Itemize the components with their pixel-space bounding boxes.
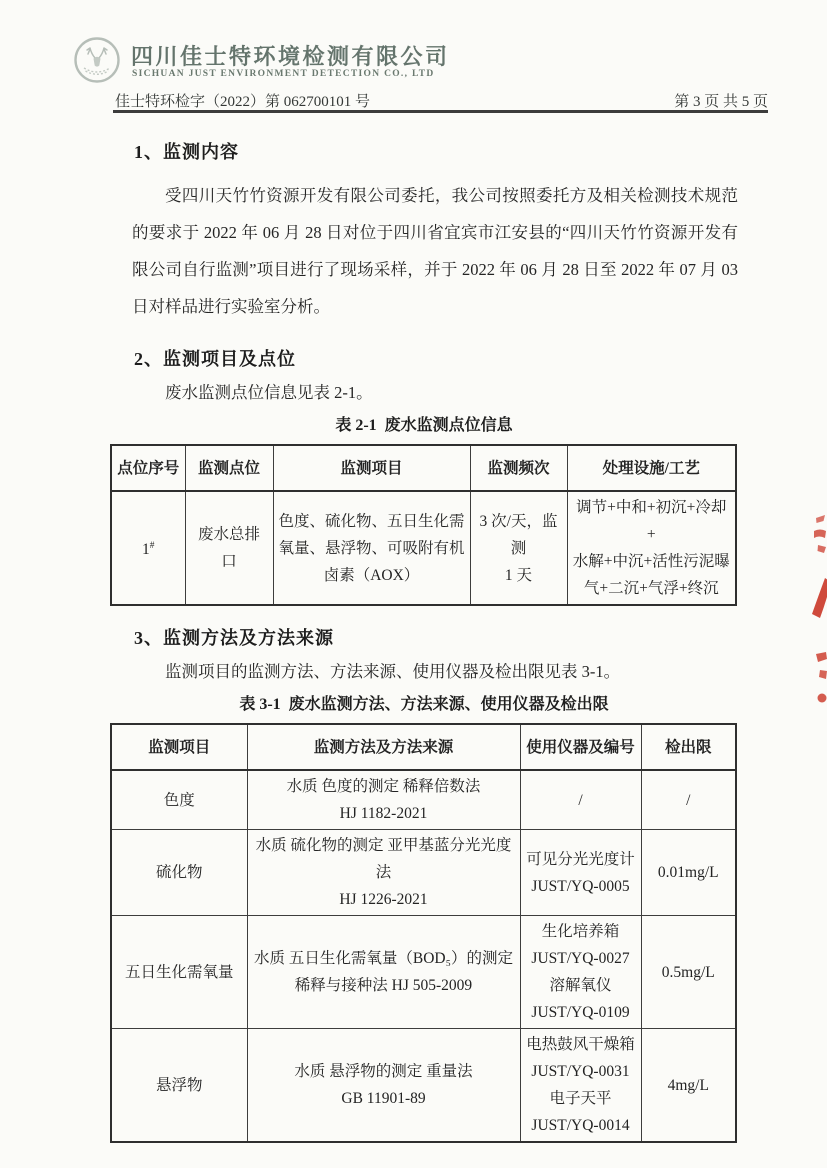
column-header: 检出限 [641,724,736,770]
table-cell: 电热鼓风干燥箱JUST/YQ-0031电子天平JUST/YQ-0014 [520,1029,641,1143]
table-cell: 水质 硫化物的测定 亚甲基蓝分光光度法HJ 1226-2021 [247,830,520,916]
table-3-1-caption: 表 3-1 废水监测方法、方法来源、使用仪器及检出限 [110,691,738,714]
table-cell: / [641,770,736,830]
table-cell: 调节+中和+初沉+冷却+水解+中沉+活性污泥曝气+二沉+气浮+终沉 [567,491,736,605]
table-cell: 4mg/L [641,1029,736,1143]
column-header: 监测频次 [470,445,567,491]
red-seal-fragment-icon [808,512,827,710]
table-row: 硫化物水质 硫化物的测定 亚甲基蓝分光光度法HJ 1226-2021可见分光光度… [111,830,736,916]
section-3-paragraph: 监测项目的监测方法、方法来源、使用仪器及检出限见表 3-1。 [132,658,738,686]
section-2-paragraph: 废水监测点位信息见表 2-1。 [132,379,738,407]
column-header: 监测项目 [111,724,247,770]
section-1-paragraph: 受四川天竹竹资源开发有限公司委托，我公司按照委托方及相关检测技术规范的要求于 2… [132,177,738,325]
document-meta-row: 佳士特环检字（2022）第 062700101 号 第 3 页 共 5 页 [115,90,768,111]
table-2-1-caption: 表 2-1 废水监测点位信息 [110,412,738,435]
table-cell: 1# [111,491,185,605]
table-cell: 五日生化需氧量 [111,916,247,1029]
report-page: 四川佳士特环境检测有限公司 SICHUAN JUST ENVIRONMENT D… [0,0,827,1168]
table-cell: / [520,770,641,830]
table-cell: 废水总排口 [185,491,273,605]
table-cell: 水质 色度的测定 稀释倍数法HJ 1182-2021 [247,770,520,830]
table-cell: 0.01mg/L [641,830,736,916]
table-row: 1#废水总排口色度、硫化物、五日生化需氧量、悬浮物、可吸附有机卤素（AOX）3 … [111,491,736,605]
table-cell: 可见分光光度计JUST/YQ-0005 [520,830,641,916]
column-header: 处理设施/工艺 [567,445,736,491]
methods-instruments-table: 监测项目监测方法及方法来源使用仪器及编号检出限色度水质 色度的测定 稀释倍数法H… [110,723,737,1143]
table-cell: 水质 悬浮物的测定 重量法GB 11901-89 [247,1029,520,1143]
table-cell: 0.5mg/L [641,916,736,1029]
column-header: 监测方法及方法来源 [247,724,520,770]
company-name-cn: 四川佳士特环境检测有限公司 [131,40,450,71]
report-body: 1、监测内容 受四川天竹竹资源开发有限公司委托，我公司按照委托方及相关检测技术规… [110,112,738,1143]
column-header: 点位序号 [111,445,185,491]
table-cell: 悬浮物 [111,1029,247,1143]
company-name-en: SICHUAN JUST ENVIRONMENT DETECTION CO., … [132,69,435,79]
table-cell: 色度 [111,770,247,830]
section-1-heading: 1、监测内容 [134,138,738,164]
table-cell: 3 次/天，监测1 天 [470,491,567,605]
company-logo-deer-emblem-icon [73,36,121,84]
table-header-row: 监测项目监测方法及方法来源使用仪器及编号检出限 [111,724,736,770]
table-cell: 生化培养箱JUST/YQ-0027溶解氧仪JUST/YQ-0109 [520,916,641,1029]
table-header-row: 点位序号监测点位监测项目监测频次处理设施/工艺 [111,445,736,491]
table-row: 悬浮物水质 悬浮物的测定 重量法GB 11901-89电热鼓风干燥箱JUST/Y… [111,1029,736,1143]
document-number: 佳士特环检字（2022）第 062700101 号 [115,90,370,111]
section-2-heading: 2、监测项目及点位 [134,345,738,371]
table-row: 五日生化需氧量水质 五日生化需氧量（BOD₅）的测定稀释与接种法 HJ 505-… [111,916,736,1029]
section-3-heading: 3、监测方法及方法来源 [134,624,738,650]
table-cell: 水质 五日生化需氧量（BOD₅）的测定稀释与接种法 HJ 505-2009 [247,916,520,1029]
table-row: 色度水质 色度的测定 稀释倍数法HJ 1182-2021// [111,770,736,830]
column-header: 监测点位 [185,445,273,491]
column-header: 使用仪器及编号 [520,724,641,770]
column-header: 监测项目 [273,445,470,491]
page-indicator: 第 3 页 共 5 页 [674,90,768,111]
wastewater-points-table: 点位序号监测点位监测项目监测频次处理设施/工艺1#废水总排口色度、硫化物、五日生… [110,444,737,606]
table-cell: 色度、硫化物、五日生化需氧量、悬浮物、可吸附有机卤素（AOX） [273,491,470,605]
table-cell: 硫化物 [111,830,247,916]
